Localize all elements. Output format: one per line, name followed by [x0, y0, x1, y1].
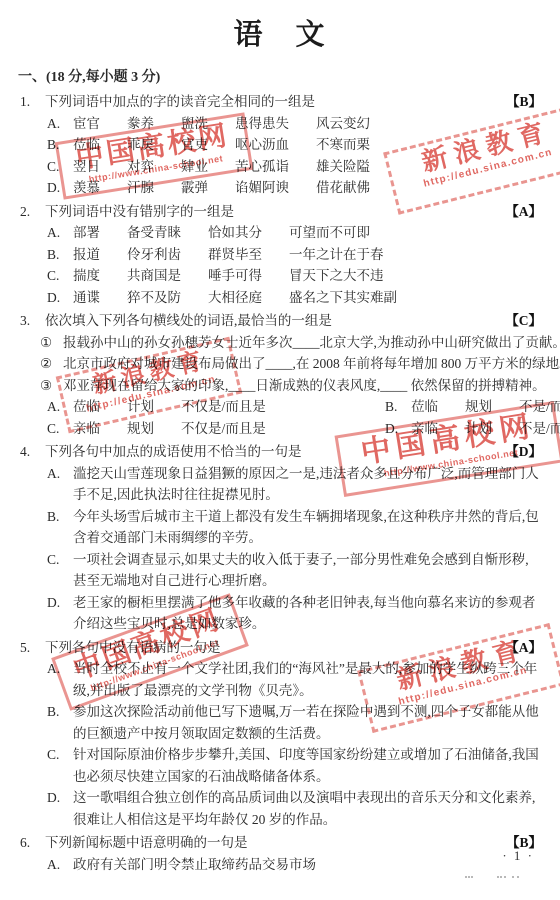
- option-label: D.: [47, 287, 60, 309]
- option-text: 一项社会调查显示,如果丈夫的收入低于妻子,一部分男性难免会感到自惭形秽,甚至无端…: [73, 552, 529, 589]
- option-label: C.: [47, 744, 59, 766]
- question-4-option-b: B. 今年头场雪后城市主干道上都没有发生车辆拥堵现象,在这种秩序井然的背后,包含…: [18, 506, 542, 549]
- option-label: C.: [47, 549, 59, 571]
- option-text: 部署 备受青睐 恰如其分 可望而不可即: [73, 225, 370, 240]
- question-number: 6.: [20, 832, 30, 854]
- option-text: 通谍 猝不及防 大相径庭 盛名之下其实难副: [73, 290, 397, 305]
- page-number: · 1 ·: [502, 848, 534, 864]
- question-stem: 下列新闻标题中语意明确的一句是: [45, 835, 248, 850]
- question-3-item-1: ① 报载孙中山的孙女孙穗芳女士近年多次____北京大学,为推动孙中山研究做出了贡…: [18, 332, 542, 354]
- option-text: 这一歌唱组合独立创作的高品质词曲以及演唱中表现出的音乐天分和文化素养,很难让人相…: [73, 790, 535, 827]
- question-stem: 依次填入下列各句横线处的词语,最恰当的一组是: [45, 313, 332, 328]
- option-label: C.: [47, 265, 59, 287]
- option-label: D.: [47, 787, 60, 809]
- option-label: B.: [385, 396, 397, 418]
- option-text: 针对国际原油价格步步攀升,美国、印度等国家纷纷建立或增加了石油储备,我国也必须尽…: [73, 747, 539, 784]
- question-number: 3.: [20, 310, 30, 332]
- question-2-option-a: A. 部署 备受青睐 恰如其分 可望而不可即: [18, 222, 542, 244]
- question-stem: 下列各句中加点的成语使用不恰当的一句是: [45, 444, 302, 459]
- option-text: 今年头场雪后城市主干道上都没有发生车辆拥堵现象,在这种秩序井然的背后,包含着交通…: [73, 509, 539, 546]
- sub-item-label: ③: [40, 375, 52, 397]
- scan-artifact: [497, 876, 506, 878]
- question-3-head: 3. 依次填入下列各句横线处的词语,最恰当的一组是 【C】: [18, 310, 542, 332]
- question-2-option-b: B. 报道 伶牙利齿 群贤毕至 一年之计在于春: [18, 244, 542, 266]
- question-stem: 下列词语中加点的字的读音完全相同的一组是: [45, 94, 315, 109]
- question-number: 1.: [20, 91, 30, 113]
- option-label: A.: [47, 396, 60, 418]
- option-label: A.: [47, 463, 60, 485]
- question-1-head: 1. 下列词语中加点的字的读音完全相同的一组是 【B】: [18, 91, 542, 113]
- scan-artifact: [465, 876, 473, 878]
- option-text: 报道 伶牙利齿 群贤毕至 一年之计在于春: [73, 247, 384, 262]
- option-label: A.: [47, 854, 60, 876]
- option-label: B.: [47, 701, 59, 723]
- option-text: 政府有关部门明令禁止取缔药品交易市场: [73, 857, 316, 872]
- option-label: A.: [47, 222, 60, 244]
- option-label: C.: [47, 418, 59, 440]
- question-2: 2. 下列词语中没有错别字的一组是 【A】 A. 部署 备受青睐 恰如其分 可望…: [18, 201, 542, 309]
- option-label: B.: [47, 506, 59, 528]
- question-2-head: 2. 下列词语中没有错别字的一组是 【A】: [18, 201, 542, 223]
- question-2-option-c: C. 揣度 共商国是 唾手可得 冒天下之大不违: [18, 265, 542, 287]
- page-title: 语 文: [18, 12, 542, 53]
- sub-item-label: ②: [40, 353, 52, 375]
- question-5-option-c: C. 针对国际原油价格步步攀升,美国、印度等国家纷纷建立或增加了石油储备,我国也…: [18, 744, 542, 787]
- option-label: A.: [47, 113, 60, 135]
- sub-item-text: 报载孙中山的孙女孙穗芳女士近年多次____北京大学,为推动孙中山研究做出了贡献。: [63, 335, 560, 350]
- question-number: 5.: [20, 637, 30, 659]
- option-text: 揣度 共商国是 唾手可得 冒天下之大不违: [73, 268, 384, 283]
- question-4-option-d: D. 老王家的橱柜里摆满了他多年收藏的各种老旧钟表,每当他向慕名来访的参观者介绍…: [18, 592, 542, 635]
- sub-item-label: ①: [40, 332, 52, 354]
- question-6-option-a: A. 政府有关部门明令禁止取缔药品交易市场: [18, 854, 542, 876]
- answer-badge: 【B】: [506, 91, 542, 113]
- question-number: 2.: [20, 201, 30, 223]
- option-text: 参加这次探险活动前他已写下遗嘱,万一若在探险中遇到不测,四个子女都能从他的巨额遗…: [73, 704, 539, 741]
- option-label: D.: [47, 177, 60, 199]
- section-header: 一、(18 分,每小题 3 分): [18, 66, 542, 86]
- option-label: D.: [47, 592, 60, 614]
- question-stem: 下列词语中没有错别字的一组是: [45, 204, 234, 219]
- question-5-option-d: D. 这一歌唱组合独立创作的高品质词曲以及演唱中表现出的音乐天分和文化素养,很难…: [18, 787, 542, 830]
- answer-badge: 【C】: [505, 310, 542, 332]
- question-number: 4.: [20, 441, 30, 463]
- question-1-option-a: A. 宦官 豢养 盥洗 患得患失 风云变幻: [18, 113, 542, 135]
- question-2-option-d: D. 通谍 猝不及防 大相径庭 盛名之下其实难副: [18, 287, 542, 309]
- answer-badge: 【A】: [505, 201, 542, 223]
- question-6: 6. 下列新闻标题中语意明确的一句是 【B】 A. 政府有关部门明令禁止取缔药品…: [18, 832, 542, 875]
- scan-artifact: [512, 876, 519, 878]
- question-4-option-c: C. 一项社会调查显示,如果丈夫的收入低于妻子,一部分男性难免会感到自惭形秽,甚…: [18, 549, 542, 592]
- question-6-head: 6. 下列新闻标题中语意明确的一句是 【B】: [18, 832, 542, 854]
- scanned-exam-page: { "doc": { "title": "语 文", "section_head…: [0, 0, 560, 900]
- option-label: B.: [47, 244, 59, 266]
